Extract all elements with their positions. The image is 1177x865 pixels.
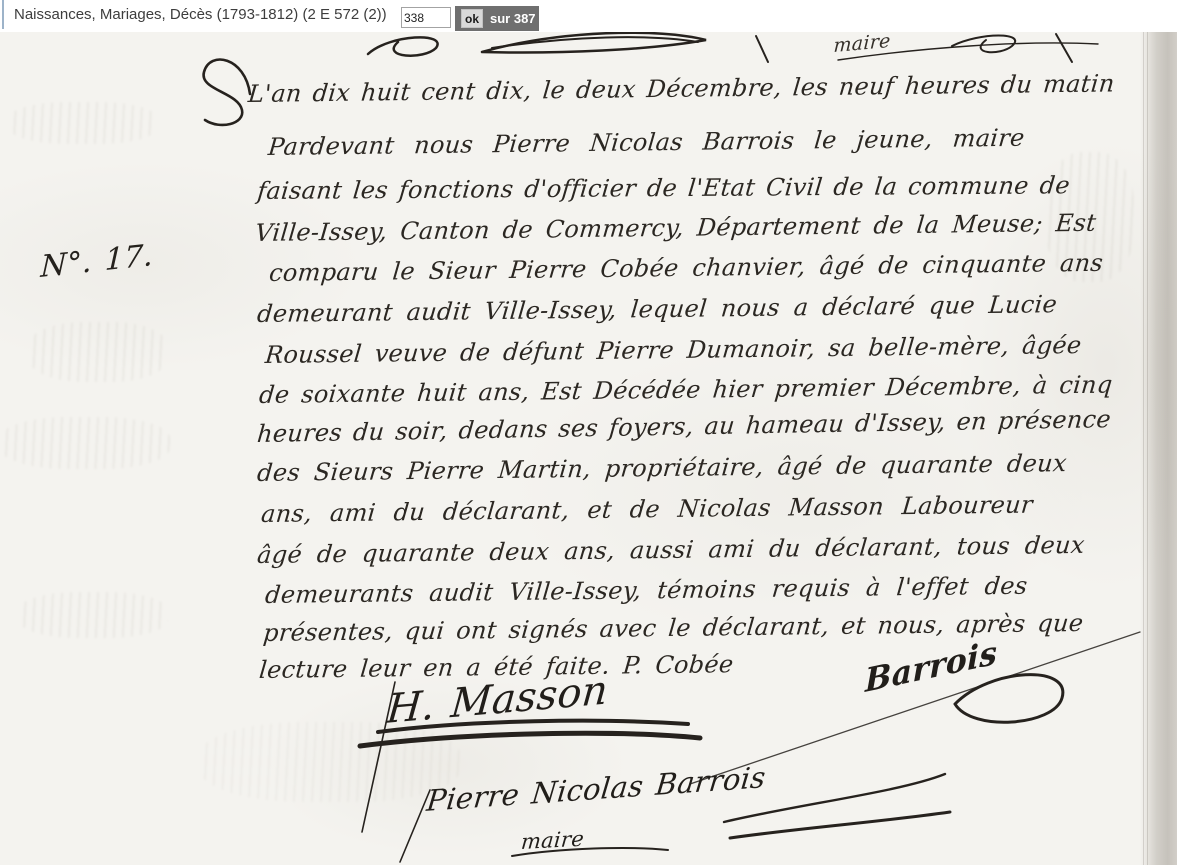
document-scan[interactable]: maire N°. 17. L'an dix huit cent dix, le… bbox=[0, 32, 1177, 865]
page-fold-lines bbox=[1143, 32, 1151, 865]
collection-title: Naissances, Mariages, Décès (1793-1812) … bbox=[14, 0, 387, 32]
act-line: Pardevant nous Pierre Nicolas Barrois le… bbox=[267, 124, 1026, 161]
act-line: demeurants audit Ville-Issey, témoins re… bbox=[264, 572, 1029, 609]
signature-maire-title: maire bbox=[520, 827, 585, 854]
act-line: demeurant audit Ville-Issey, lequel nous… bbox=[256, 290, 1058, 328]
act-line: heures du soir, dedans ses foyers, au ha… bbox=[256, 405, 1112, 448]
margin-note-maire: maire bbox=[833, 32, 891, 57]
toolbar: Naissances, Mariages, Décès (1793-1812) … bbox=[0, 0, 1177, 32]
act-line: ans, ami du déclarant, et de Nicolas Mas… bbox=[260, 491, 1034, 528]
bleed-through-mark bbox=[28, 322, 168, 382]
act-line: faisant les fonctions d'officier de l'Et… bbox=[256, 171, 1071, 205]
bleed-through-mark bbox=[18, 592, 168, 638]
bleed-through-mark bbox=[8, 102, 158, 144]
page-total-label: sur 387 bbox=[490, 11, 536, 26]
act-line: des Sieurs Pierre Martin, propriétaire, … bbox=[256, 449, 1068, 487]
bleed-through-mark bbox=[200, 722, 460, 802]
act-line: âgé de quarante deux ans, aussi ami du d… bbox=[256, 531, 1086, 569]
signature-mayor-paraph: Barrois bbox=[865, 633, 997, 700]
act-line: L'an dix huit cent dix, le deux Décembre… bbox=[247, 69, 1116, 108]
act-line: de soixante huit ans, Est Décédée hier p… bbox=[258, 371, 1114, 409]
signature-pierre-nicolas-barrois: Pierre Nicolas Barrois bbox=[425, 760, 767, 818]
act-line: Roussel veuve de défunt Pierre Dumanoir,… bbox=[264, 331, 1083, 369]
page-number-input[interactable] bbox=[401, 7, 451, 28]
ok-button[interactable]: ok bbox=[461, 9, 483, 28]
accent-bar bbox=[2, 0, 4, 29]
pagination-panel: ok sur 387 bbox=[455, 6, 539, 31]
act-line: comparu le Sieur Pierre Cobée chanvier, … bbox=[268, 249, 1104, 287]
record-number: N°. 17. bbox=[40, 238, 154, 285]
act-line: Ville-Issey, Canton de Commercy, Départe… bbox=[254, 209, 1098, 247]
bleed-through-mark bbox=[0, 417, 170, 469]
archive-viewer-window: { "header": { "title": "Naissances, Mari… bbox=[0, 0, 1177, 865]
